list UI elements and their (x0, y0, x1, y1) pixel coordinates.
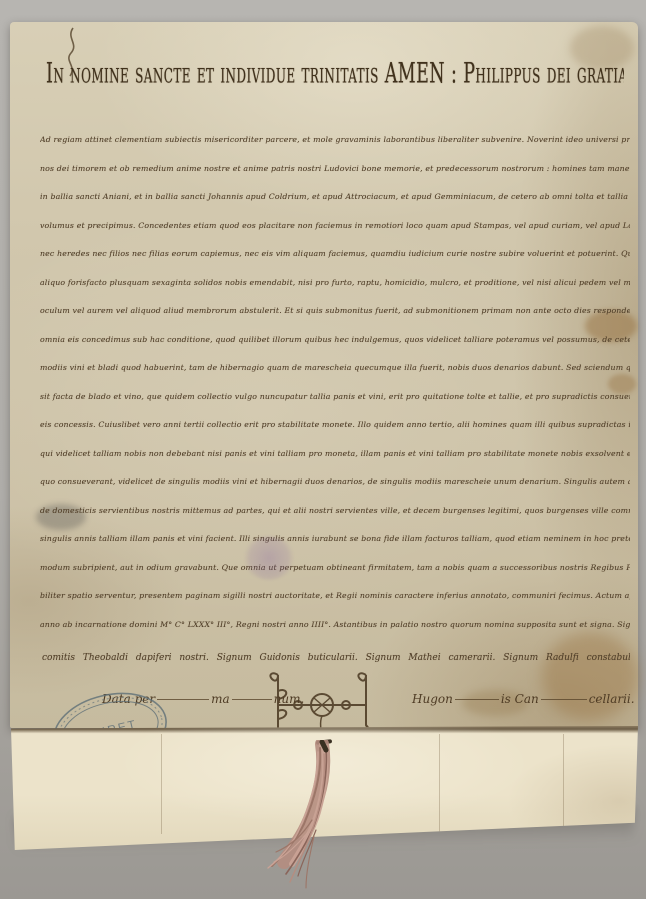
charter-line: eis concessis. Cuiuslibet vero anni tert… (40, 411, 630, 440)
fold-crease (439, 734, 440, 834)
charter-line: volumus et precipimus. Concedentes etiam… (40, 212, 630, 241)
charter-line: modum subripient, aut in odium gravabunt… (40, 554, 630, 583)
photo-background: In nomine sancte et individue trinitatis… (0, 0, 646, 899)
charter-line: qui videlicet talliam nobis non debebant… (40, 440, 630, 469)
charter-line: de domesticis servientibus nostris mitte… (40, 497, 630, 526)
charter-line: nos dei timorem et ob remedium anime nos… (40, 155, 630, 184)
charter-line: anno ab incarnatione domini M° C° LXXX° … (40, 611, 630, 640)
charter-line: oculum vel aurem vel aliquod aliud membr… (40, 297, 630, 326)
charter-line: singulis annis talliam illam panis et vi… (40, 525, 630, 554)
fold-crease (563, 734, 564, 834)
charter-line: biliter spatio serventur, presentem pagi… (40, 582, 630, 611)
chancellor-text: Hugonis Cancellarii. (412, 692, 635, 706)
charter-line: aliquo forisfacto plusquam sexaginta sol… (40, 269, 630, 298)
seal-threads-icon (262, 740, 388, 892)
charter-heading: In nomine sancte et individue trinitatis… (46, 58, 624, 126)
charter-body: Ad regiam attinet clementiam subiectis m… (40, 126, 630, 639)
charter-line: omnia eis concedimus sub hac conditione,… (40, 326, 630, 355)
charter-line: in ballia sancti Aniani, et in ballia sa… (40, 183, 630, 212)
charter-line: quo consueverant, videlicet de singulis … (40, 468, 630, 497)
charter-line: sit facta de blado et vino, que quidem c… (40, 383, 630, 412)
parchment-sheet: In nomine sancte et individue trinitatis… (10, 22, 638, 728)
charter-line: modiis vini et bladi quod habuerint, tam… (40, 354, 630, 383)
charter-line: Ad regiam attinet clementiam subiectis m… (40, 126, 630, 155)
violet-stamp (242, 536, 296, 580)
charter-line: nec heredes nec filios nec filias eorum … (40, 240, 630, 269)
fold-crease (161, 734, 162, 834)
